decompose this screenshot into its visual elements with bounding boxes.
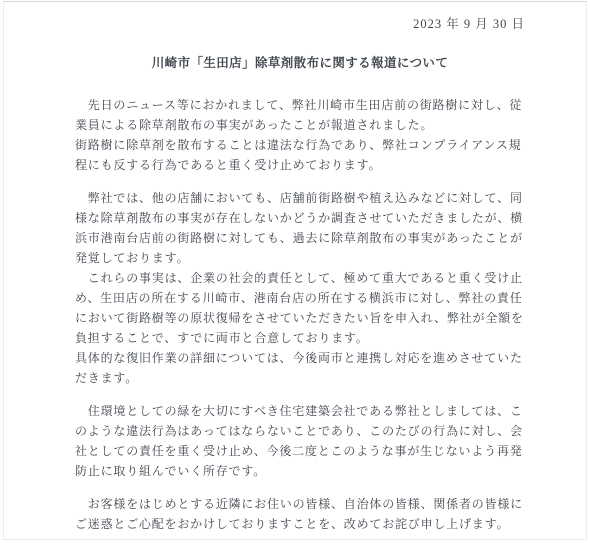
document-date: 2023 年 9 月 30 日 bbox=[75, 16, 525, 32]
paragraph-news-report: 先日のニュース等におかれまして、弊社川崎市生田店前の街路樹に対し、従 業員による… bbox=[75, 95, 530, 175]
paragraph-restoration-agreement: これらの事実は、企業の社会的責任として、極めて重大であると重く受け止 め、生田店… bbox=[75, 268, 530, 388]
paragraph-apology: お客様をはじめとする近隣にお住いの皆様、自治体の皆様、関係者の皆様に ご迷惑とご… bbox=[75, 494, 530, 534]
paragraph-investigation: 弊社では、他の店舗においても、店舗前街路樹や植え込みなどに対して、同 様な除草剤… bbox=[75, 188, 530, 268]
document-body: 先日のニュース等におかれまして、弊社川崎市生田店前の街路樹に対し、従 業員による… bbox=[0, 95, 590, 534]
press-release-page: 2023 年 9 月 30 日 川崎市「生田店」除草剤散布に関する報道について … bbox=[0, 0, 590, 543]
paragraph-prevention-commitment: 住環境としての緑を大切にすべき住宅建築会社である弊社としましては、こ のような違… bbox=[75, 401, 530, 481]
document-title: 川崎市「生田店」除草剤散布に関する報道について bbox=[75, 54, 525, 72]
